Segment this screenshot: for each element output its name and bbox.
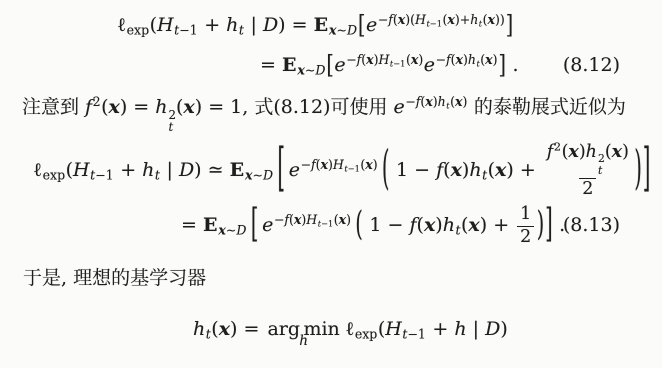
- equation-8-13-line-1: ℓexp(Ht−1 + ht | D) ≃ Ex∼D[e−f(x)Ht−1(x)…: [0, 136, 662, 206]
- math-expression: ℓexp(Ht−1 + ht | D) = Ex∼D[e−f(x)(Ht−1(x…: [117, 14, 514, 38]
- math-expression: = Ex∼D[e−f(x)Ht−1(x)e−f(x)ht(x)] .: [260, 54, 519, 78]
- textbook-page: ℓexp(Ht−1 + ht | D) = Ex∼D[e−f(x)(Ht−1(x…: [0, 0, 662, 368]
- paragraph-text: 于是, 理想的基学习器: [23, 267, 206, 291]
- equation-8-13-line-2: = Ex∼D[e−f(x)Ht−1(x)( 1 − f(x)ht(x) + 12…: [0, 201, 662, 251]
- math-expression: ℓexp(Ht−1 + ht | D) ≃ Ex∼D[e−f(x)Ht−1(x)…: [33, 143, 651, 199]
- math-expression: = Ex∼D[e−f(x)Ht−1(x)( 1 − f(x)ht(x) + 12…: [181, 205, 565, 247]
- equation-8-12-line-1: ℓexp(Ht−1 + ht | D) = Ex∼D[e−f(x)(Ht−1(x…: [0, 6, 662, 46]
- equation-number-8-12: (8.12): [563, 54, 620, 78]
- paragraph-ideal-base-learner-intro: 于是, 理想的基学习器: [0, 262, 662, 296]
- equation-ideal-base-learner: ht(x) = argminhℓexp(Ht−1 + h | D): [0, 307, 662, 353]
- equation-8-12-line-2: = Ex∼D[e−f(x)Ht−1(x)e−f(x)ht(x)] . (8.12…: [0, 46, 662, 86]
- paragraph-taylor-note: 注意到 f2(x) = h2t(x) = 1, 式(8.12)可使用 e−f(x…: [0, 96, 662, 134]
- math-expression: ht(x) = argminhℓexp(Ht−1 + h | D): [193, 318, 508, 342]
- paragraph-text: 注意到 f2(x) = h2t(x) = 1, 式(8.12)可使用 e−f(x…: [22, 96, 626, 134]
- equation-number-8-13: (8.13): [563, 214, 620, 238]
